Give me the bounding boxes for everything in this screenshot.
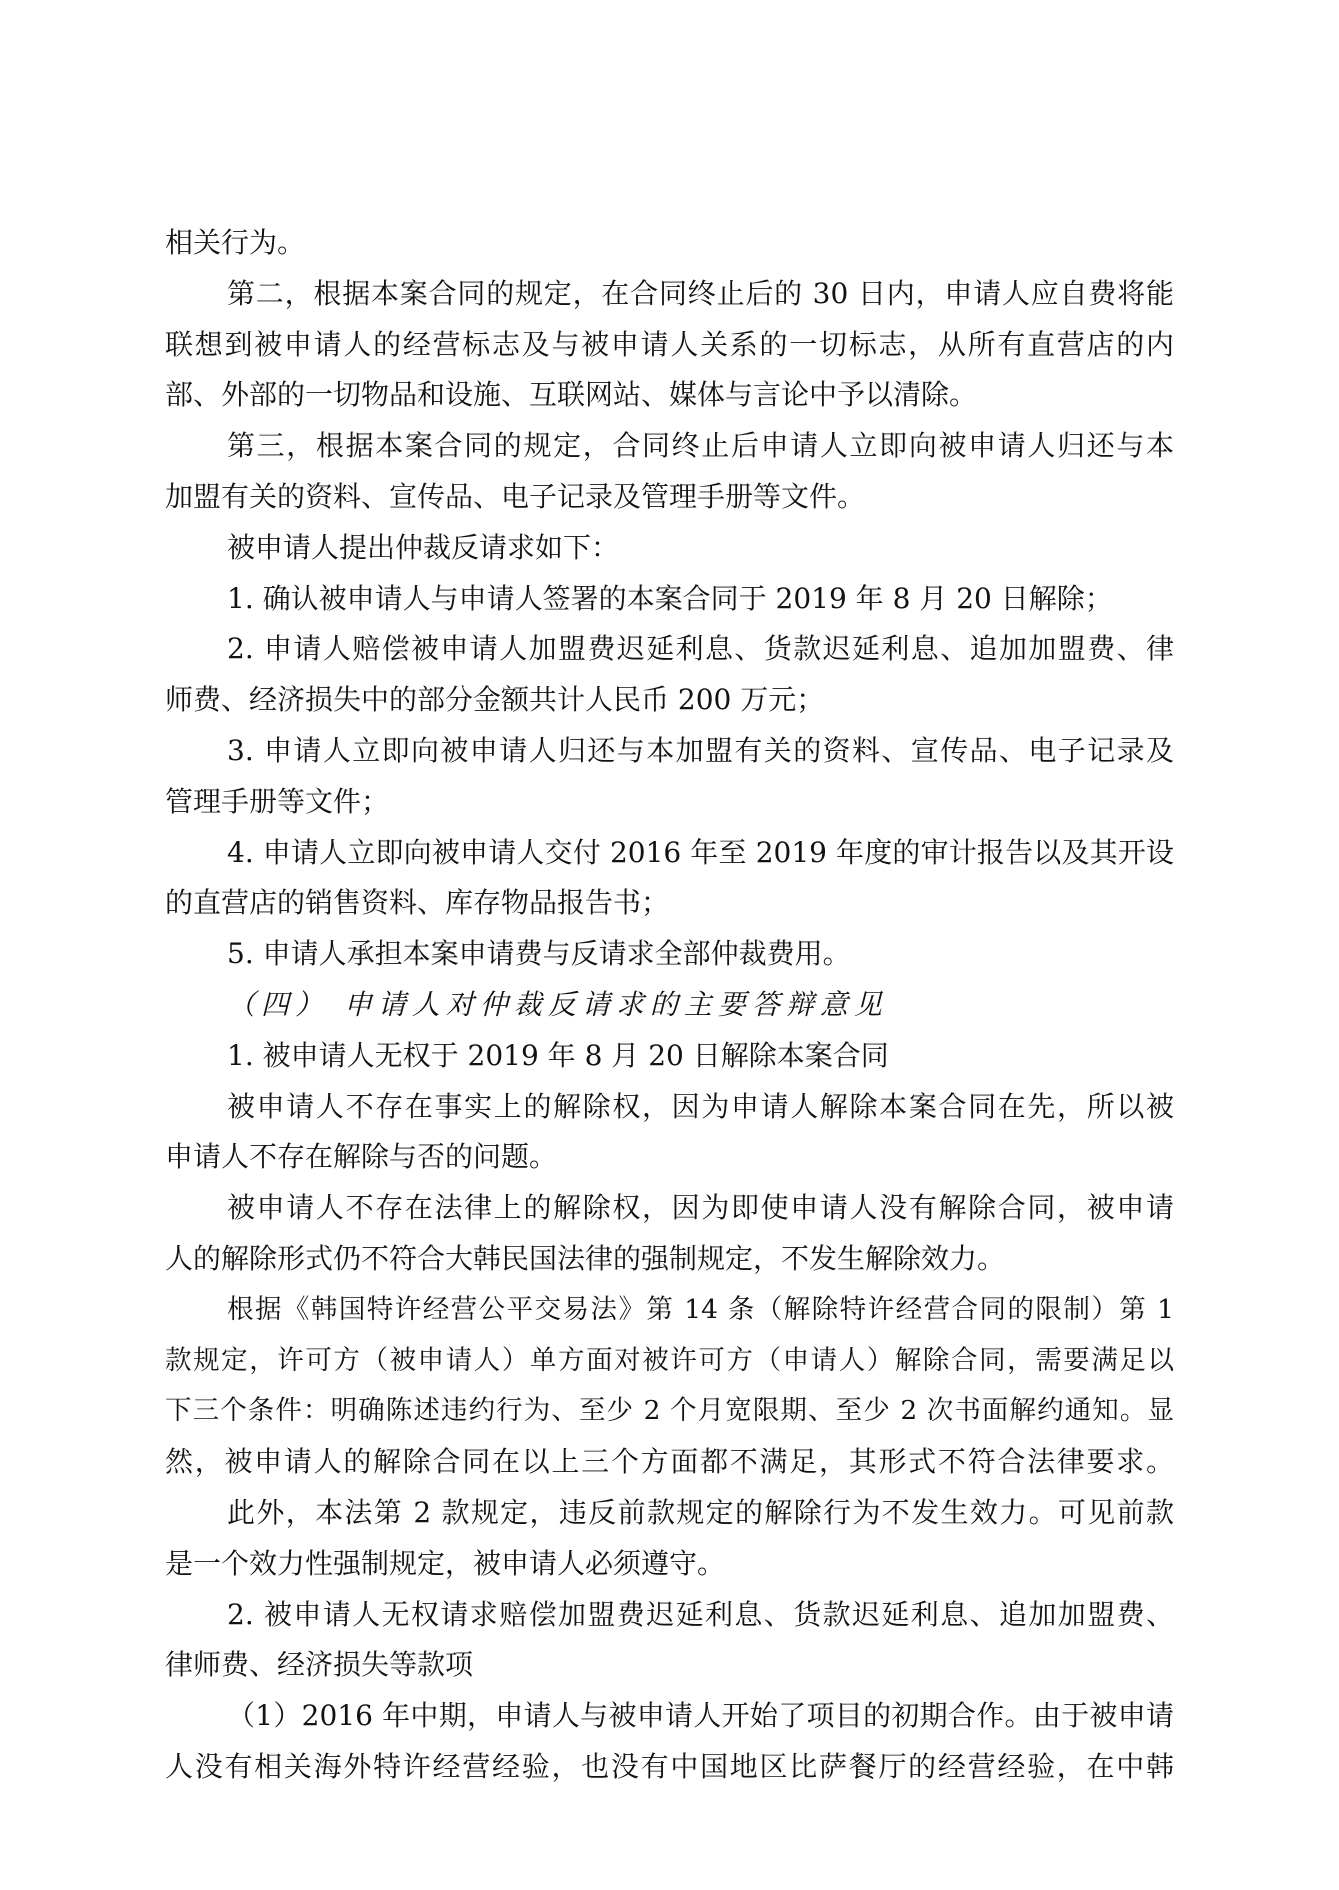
text-line: 下三个条件：明确陈述违约行为、至少 2 个月宽限期、至少 2 次书面解约通知。显 bbox=[165, 1386, 1174, 1437]
text-line: 加盟有关的资料、宣传品、电子记录及管理手册等文件。 bbox=[165, 472, 1174, 523]
text-line: 相关行为。 bbox=[165, 218, 1174, 269]
text-line: 1. 确认被申请人与申请人签署的本案合同于 2019 年 8 月 20 日解除； bbox=[165, 574, 1174, 625]
text-line: 第三，根据本案合同的规定，合同终止后申请人立即向被申请人归还与本 bbox=[165, 421, 1174, 472]
text-line: 人没有相关海外特许经营经验，也没有中国地区比萨餐厅的经营经验，在中韩 bbox=[165, 1742, 1174, 1793]
text-line: 第二，根据本案合同的规定，在合同终止后的 30 日内，申请人应自费将能 bbox=[165, 269, 1174, 320]
text-line: 的直营店的销售资料、库存物品报告书； bbox=[165, 878, 1174, 929]
text-line: 被申请人不存在法律上的解除权，因为即使申请人没有解除合同，被申请 bbox=[165, 1183, 1174, 1234]
text-line: 师费、经济损失中的部分金额共计人民币 200 万元； bbox=[165, 675, 1174, 726]
text-line: 部、外部的一切物品和设施、互联网站、媒体与言论中予以清除。 bbox=[165, 370, 1174, 421]
document-text: 相关行为。第二，根据本案合同的规定，在合同终止后的 30 日内，申请人应自费将能… bbox=[165, 218, 1174, 1793]
text-line: 1. 被申请人无权于 2019 年 8 月 20 日解除本案合同 bbox=[165, 1031, 1174, 1082]
text-line: 根据《韩国特许经营公平交易法》第 14 条（解除特许经营合同的限制）第 1 bbox=[165, 1285, 1174, 1336]
document-page: 相关行为。第二，根据本案合同的规定，在合同终止后的 30 日内，申请人应自费将能… bbox=[0, 0, 1339, 1890]
text-line: 管理手册等文件； bbox=[165, 777, 1174, 828]
text-line: 律师费、经济损失等款项 bbox=[165, 1640, 1174, 1691]
text-line: 款规定，许可方（被申请人）单方面对被许可方（申请人）解除合同，需要满足以 bbox=[165, 1336, 1174, 1387]
text-line: 然，被申请人的解除合同在以上三个方面都不满足，其形式不符合法律要求。 bbox=[165, 1437, 1174, 1488]
text-line: 被申请人提出仲裁反请求如下： bbox=[165, 523, 1174, 574]
text-line: 此外，本法第 2 款规定，违反前款规定的解除行为不发生效力。可见前款 bbox=[165, 1488, 1174, 1539]
text-line: 5. 申请人承担本案申请费与反请求全部仲裁费用。 bbox=[165, 929, 1174, 980]
text-line: 联想到被申请人的经营标志及与被申请人关系的一切标志，从所有直营店的内 bbox=[165, 320, 1174, 371]
text-line: 被申请人不存在事实上的解除权，因为申请人解除本案合同在先，所以被 bbox=[165, 1082, 1174, 1133]
text-line: 2. 被申请人无权请求赔偿加盟费迟延利息、货款迟延利息、追加加盟费、 bbox=[165, 1590, 1174, 1641]
text-line: 3. 申请人立即向被申请人归还与本加盟有关的资料、宣传品、电子记录及 bbox=[165, 726, 1174, 777]
text-line: 是一个效力性强制规定，被申请人必须遵守。 bbox=[165, 1539, 1174, 1590]
text-line: 人的解除形式仍不符合大韩民国法律的强制规定，不发生解除效力。 bbox=[165, 1234, 1174, 1285]
section-heading-line: （四） 申请人对仲裁反请求的主要答辩意见 bbox=[165, 980, 1174, 1031]
text-line: （1）2016 年中期，申请人与被申请人开始了项目的初期合作。由于被申请 bbox=[165, 1691, 1174, 1742]
text-line: 4. 申请人立即向被申请人交付 2016 年至 2019 年度的审计报告以及其开… bbox=[165, 828, 1174, 879]
text-line: 申请人不存在解除与否的问题。 bbox=[165, 1132, 1174, 1183]
text-line: 2. 申请人赔偿被申请人加盟费迟延利息、货款迟延利息、追加加盟费、律 bbox=[165, 624, 1174, 675]
